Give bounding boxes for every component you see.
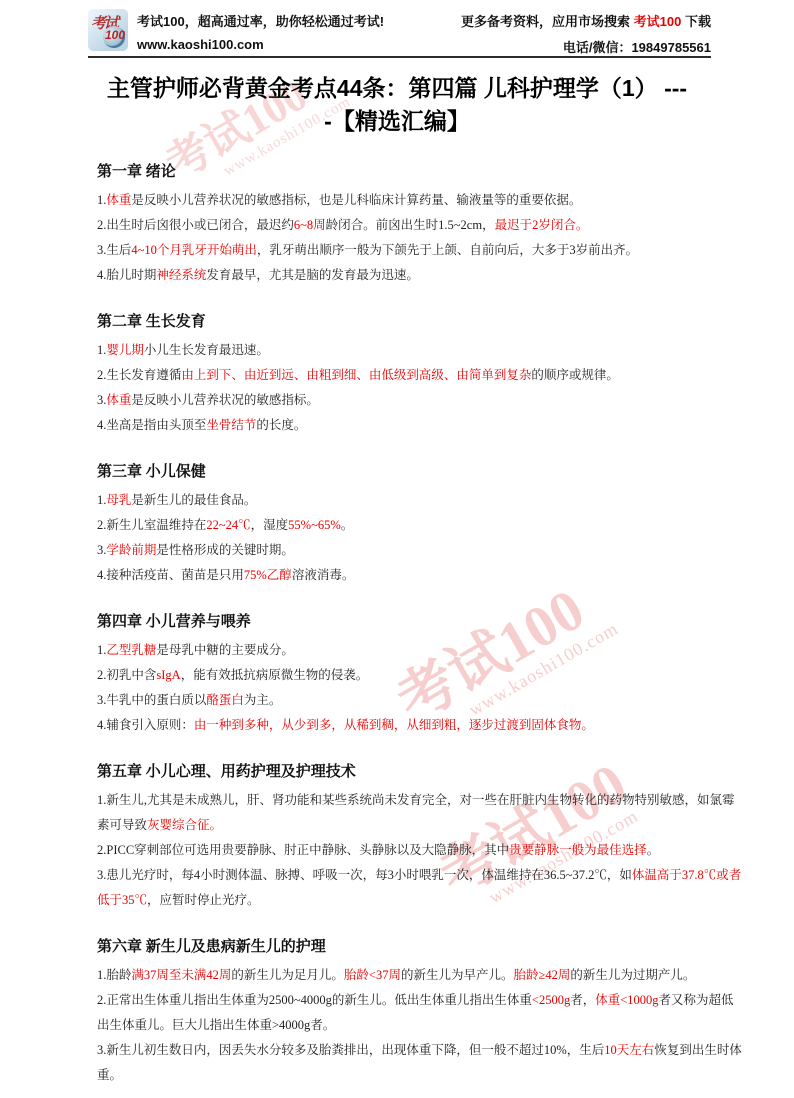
highlighted-text: 最迟于2岁闭合。 xyxy=(495,218,589,232)
body-text: 2.PICC穿刺部位可选用贵要静脉、肘正中静脉、头静脉以及大隐静脉，其中 xyxy=(97,843,509,857)
body-text: 2.初乳中含 xyxy=(97,668,156,682)
highlighted-text: 乙型乳糖 xyxy=(106,643,156,657)
body-text: 3.牛乳中的蛋白质以 xyxy=(97,693,206,707)
key-point-item: 3.新生儿初生数日内，因丢失水分较多及胎粪排出，出现体重下降，但一般不超过10%… xyxy=(97,1038,742,1088)
body-text: ，乳牙萌出顺序一般为下颌先于上颌、自前向后，大多于3岁前出齐。 xyxy=(257,243,638,257)
highlighted-text: 胎龄<37周 xyxy=(344,968,401,982)
key-point-item: 3.生后4~10个月乳牙开始萌出，乳牙萌出顺序一般为下颌先于上颌、自前向后，大多… xyxy=(97,238,742,263)
highlighted-text: 神经系统 xyxy=(156,268,206,282)
highlighted-text: 胎龄≥42周 xyxy=(514,968,571,982)
body-text: 的新生儿为过期产儿。 xyxy=(570,968,695,982)
body-text: 3.患儿光疗时，每4小时测体温、脉搏、呼吸一次，每3小时喂乳一次，体温维持在36… xyxy=(97,868,632,882)
highlighted-text: 75%乙醇 xyxy=(244,568,292,582)
chapter-heading: 第一章 绪论 xyxy=(97,162,742,182)
highlighted-text: 灰婴综合征。 xyxy=(147,818,222,832)
body-text: 1. xyxy=(97,193,106,207)
promo-suffix: 下载 xyxy=(681,14,711,29)
body-text: 1. xyxy=(97,343,106,357)
header-promo: 更多备考资料，应用市场搜索 考试100 下载 xyxy=(461,11,711,30)
highlighted-text: 4~10个月乳牙开始萌出 xyxy=(131,243,257,257)
key-point-item: 4.辅食引入原则：由一种到多种，从少到多，从稀到稠，从细到粗，逐步过渡到固体食物… xyxy=(97,713,742,738)
key-point-item: 4.接种活疫苗、菌苗是只用75%乙醇溶液消毒。 xyxy=(97,563,742,588)
key-point-item: 2.新生儿室温维持在22~24℃，湿度55%~65%。 xyxy=(97,513,742,538)
highlighted-text: sIgA xyxy=(156,668,180,682)
chapter-section: 第六章 新生儿及患病新生儿的护理1.胎龄满37周至未满42周的新生儿为足月儿。胎… xyxy=(97,937,742,1088)
highlighted-text: 婴儿期 xyxy=(106,343,144,357)
highlighted-text: 满37周至未满42周 xyxy=(131,968,231,982)
body-text: 3.新生儿初生数日内，因丢失水分较多及胎粪排出，出现体重下降，但一般不超过10%… xyxy=(97,1043,604,1057)
document-page: 考试100 www.kaoshi100.com 考试100 www.kaoshi… xyxy=(0,0,794,1098)
body-text: 是新生儿的最佳食品。 xyxy=(131,493,256,507)
body-text: 。 xyxy=(341,518,354,532)
body-text: ，应暂时停止光疗。 xyxy=(147,893,260,907)
body-text: 1. xyxy=(97,643,106,657)
chapter-heading: 第三章 小儿保健 xyxy=(97,462,742,482)
key-point-item: 2.初乳中含sIgA，能有效抵抗病原微生物的侵袭。 xyxy=(97,663,742,688)
key-point-item: 1.乙型乳糖是母乳中糖的主要成分。 xyxy=(97,638,742,663)
highlighted-text: 22~24℃ xyxy=(206,518,250,532)
logo-100-text: 100 xyxy=(105,28,125,42)
body-text: 3. xyxy=(97,543,106,557)
body-text: 的新生儿为足月儿。 xyxy=(231,968,344,982)
key-point-item: 1.婴儿期小儿生长发育最迅速。 xyxy=(97,338,742,363)
page-header: 考试 100 考试100，超高通过率，助你轻松通过考试! www.kaoshi1… xyxy=(88,9,711,56)
body-text: 龄闭合。前囟出生时1.5~2cm， xyxy=(326,218,495,232)
body-text: 为主。 xyxy=(244,693,282,707)
doc-title: 主管护师必背黄金考点44条：第四篇 儿科护理学（1） --- -【精选汇编】 xyxy=(40,72,754,138)
key-point-item: 2.出生时后囟很小或已闭合，最迟约6~8周龄闭合。前囟出生时1.5~2cm，最迟… xyxy=(97,213,742,238)
body-text: 是性格形成的关键时期。 xyxy=(156,543,294,557)
chapter-section: 第五章 小儿心理、用药护理及护理技术1.新生儿,尤其是未成熟儿，肝、肾功能和某些… xyxy=(97,762,742,913)
header-contact: 电话/微信：19849785561 xyxy=(461,37,711,56)
key-point-item: 1.新生儿,尤其是未成熟儿，肝、肾功能和某些系统尚未发育完全，对一些在肝脏内生物… xyxy=(97,788,742,838)
header-divider xyxy=(88,56,711,58)
body-text: ，湿度 xyxy=(251,518,289,532)
highlighted-text: 坐骨结节 xyxy=(206,418,256,432)
body-text: 2.生长发育遵循 xyxy=(97,368,181,382)
highlighted-text: 6~8周 xyxy=(294,218,326,232)
body-text: 者， xyxy=(570,993,595,1007)
chapter-section: 第二章 生长发育1.婴儿期小儿生长发育最迅速。2.生长发育遵循由上到下、由近到远… xyxy=(97,312,742,438)
body-text: ，能有效抵抗病原微生物的侵袭。 xyxy=(181,668,369,682)
body-text: 4.胎儿时期 xyxy=(97,268,156,282)
highlighted-text: 母乳 xyxy=(106,493,131,507)
chapter-section: 第三章 小儿保健1.母乳是新生儿的最佳食品。2.新生儿室温维持在22~24℃，湿… xyxy=(97,462,742,588)
chapter-section: 第一章 绪论1.体重是反映小儿营养状况的敏感指标，也是儿科临床计算药量、输液量等… xyxy=(97,162,742,288)
key-point-item: 1.胎龄满37周至未满42周的新生儿为足月儿。胎龄<37周的新生儿为早产儿。胎龄… xyxy=(97,963,742,988)
body-text: 发育最早，尤其是脑的发育最为迅速。 xyxy=(206,268,419,282)
header-left-lines: 考试100，超高通过率，助你轻松通过考试! www.kaoshi100.com xyxy=(137,9,384,52)
highlighted-text: 体重 xyxy=(106,393,131,407)
highlighted-text: <2500g xyxy=(532,993,570,1007)
chapter-heading: 第二章 生长发育 xyxy=(97,312,742,332)
body-text: 溶液消毒。 xyxy=(292,568,355,582)
highlighted-text: 10天左右 xyxy=(604,1043,654,1057)
body-text: 4.接种活疫苗、菌苗是只用 xyxy=(97,568,244,582)
key-point-item: 1.体重是反映小儿营养状况的敏感指标，也是儿科临床计算药量、输液量等的重要依据。 xyxy=(97,188,742,213)
highlighted-text: 55%~65% xyxy=(288,518,341,532)
key-point-item: 1.母乳是新生儿的最佳食品。 xyxy=(97,488,742,513)
document-body: 主管护师必背黄金考点44条：第四篇 儿科护理学（1） --- -【精选汇编】 第… xyxy=(0,60,794,1088)
key-point-item: 3.学龄前期是性格形成的关键时期。 xyxy=(97,538,742,563)
body-text: 2.正常出生体重儿指出生体重为2500~4000g的新生儿。低出生体重儿指出生体… xyxy=(97,993,532,1007)
highlighted-text: 酪蛋白 xyxy=(206,693,244,707)
key-point-item: 2.PICC穿刺部位可选用贵要静脉、肘正中静脉、头静脉以及大隐静脉，其中贵要静脉… xyxy=(97,838,742,863)
chapter-section: 第四章 小儿营养与喂养1.乙型乳糖是母乳中糖的主要成分。2.初乳中含sIgA，能… xyxy=(97,612,742,738)
header-left: 考试 100 考试100，超高通过率，助你轻松通过考试! www.kaoshi1… xyxy=(88,9,384,52)
key-point-item: 2.生长发育遵循由上到下、由近到远、由粗到细、由低级到高级、由简单到复杂的顺序或… xyxy=(97,363,742,388)
body-text: 3. xyxy=(97,393,106,407)
body-text: 是反映小儿营养状况的敏感指标。 xyxy=(131,393,319,407)
key-point-item: 3.体重是反映小儿营养状况的敏感指标。 xyxy=(97,388,742,413)
highlighted-text: 贵要静脉一般为最佳选择 xyxy=(509,843,647,857)
body-text: 小儿生长发育最迅速。 xyxy=(144,343,269,357)
body-text: 。 xyxy=(647,843,660,857)
key-point-item: 2.正常出生体重儿指出生体重为2500~4000g的新生儿。低出生体重儿指出生体… xyxy=(97,988,742,1038)
key-point-item: 4.坐高是指由头顶至坐骨结节的长度。 xyxy=(97,413,742,438)
body-text: 1. xyxy=(97,493,106,507)
promo-brand: 考试100 xyxy=(634,14,682,29)
header-slogan: 考试100，超高通过率，助你轻松通过考试! xyxy=(137,11,384,30)
chapter-heading: 第五章 小儿心理、用药护理及护理技术 xyxy=(97,762,742,782)
body-text: 4.坐高是指由头顶至 xyxy=(97,418,206,432)
header-website: www.kaoshi100.com xyxy=(137,37,384,52)
kaoshi100-logo: 考试 100 xyxy=(88,9,128,51)
chapter-heading: 第四章 小儿营养与喂养 xyxy=(97,612,742,632)
key-point-item: 3.牛乳中的蛋白质以酪蛋白为主。 xyxy=(97,688,742,713)
chapter-heading: 第六章 新生儿及患病新生儿的护理 xyxy=(97,937,742,957)
highlighted-text: 体重 xyxy=(106,193,131,207)
highlighted-text: 由上到下、由近到远、由粗到细、由低级到高级、由简单到复杂 xyxy=(181,368,531,382)
body-text: 是反映小儿营养状况的敏感指标，也是儿科临床计算药量、输液量等的重要依据。 xyxy=(131,193,581,207)
doc-title-line-2: -【精选汇编】 xyxy=(40,105,754,138)
body-text: 3.生后 xyxy=(97,243,131,257)
body-text: 4.辅食引入原则： xyxy=(97,718,194,732)
body-text: 的新生儿为早产儿。 xyxy=(401,968,514,982)
doc-title-line-1: 主管护师必背黄金考点44条：第四篇 儿科护理学（1） --- xyxy=(40,72,754,105)
body-text: 2.出生时后囟很小或已闭合，最迟约 xyxy=(97,218,294,232)
header-right-lines: 更多备考资料，应用市场搜索 考试100 下载 电话/微信：19849785561 xyxy=(461,9,711,56)
key-point-item: 4.胎儿时期神经系统发育最早，尤其是脑的发育最为迅速。 xyxy=(97,263,742,288)
body-text: 2.新生儿室温维持在 xyxy=(97,518,206,532)
highlighted-text: 由一种到多种，从少到多，从稀到稠，从细到粗，逐步过渡到固体食物。 xyxy=(194,718,594,732)
highlighted-text: 学龄前期 xyxy=(106,543,156,557)
body-text: 1.胎龄 xyxy=(97,968,131,982)
body-text: 的顺序或规律。 xyxy=(531,368,619,382)
promo-prefix: 更多备考资料，应用市场搜索 xyxy=(461,14,634,29)
body-text: 是母乳中糖的主要成分。 xyxy=(156,643,294,657)
body-text: 的长度。 xyxy=(256,418,306,432)
highlighted-text: 体重<1000g xyxy=(595,993,658,1007)
chapters-root: 第一章 绪论1.体重是反映小儿营养状况的敏感指标，也是儿科临床计算药量、输液量等… xyxy=(97,162,742,1088)
key-point-item: 3.患儿光疗时，每4小时测体温、脉搏、呼吸一次，每3小时喂乳一次，体温维持在36… xyxy=(97,863,742,913)
